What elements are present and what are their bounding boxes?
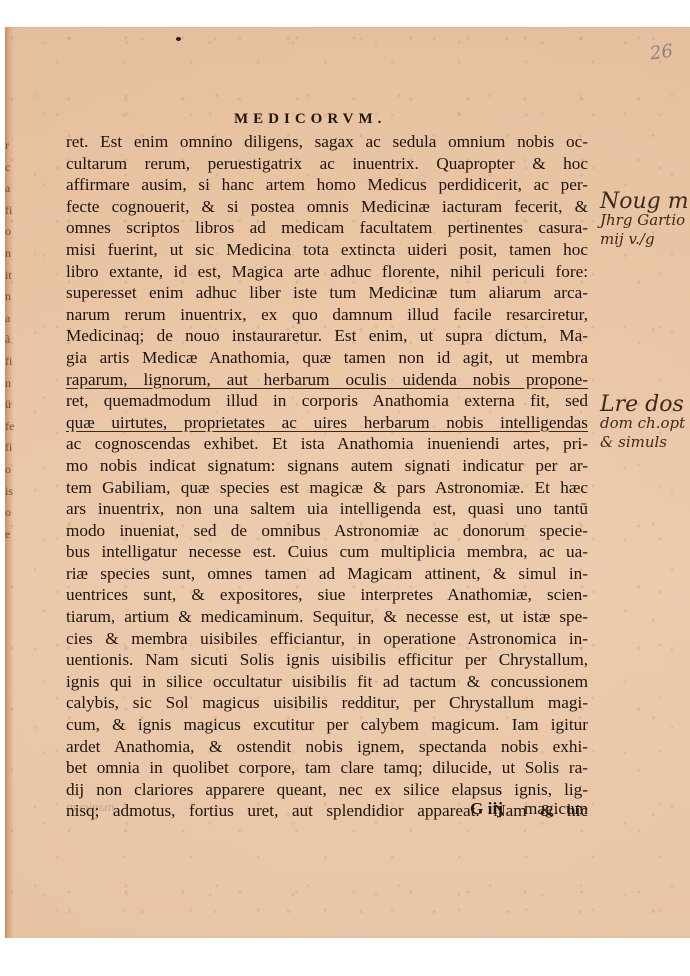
- body-text: ret. Est enim omnino diligens, sagax ac …: [66, 131, 588, 822]
- text-line: misi fuerint, ut sic Medicina tota extin…: [66, 239, 588, 261]
- text-line: ignis qui in silice occultatur uisibilis…: [66, 671, 588, 693]
- text-line: bet omnia in quolibet corpore, tam clare…: [66, 757, 588, 779]
- text-line-underlined: raparum, lignorum, aut herbarum oculis u…: [66, 369, 588, 391]
- catch-line: magicum G iij magicum: [66, 799, 588, 823]
- text-line: ret, quemadmodum illud in corporis Anath…: [66, 390, 588, 412]
- text-line: omnes scriptos libros ad medicam faculta…: [66, 217, 588, 239]
- signature-mark: G iij: [470, 799, 503, 819]
- text-line: ars inuentrix, non una saltem uia intell…: [66, 498, 588, 520]
- text-line: cies & membra uisibiles efficiantur, in …: [66, 628, 588, 650]
- text-line: ardet Anathomia, & ostendit nobis ignem,…: [66, 736, 588, 758]
- text-line: modo inueniat, sed de omnibus Astronomiæ…: [66, 520, 588, 542]
- text-line: tiarum, artium & medicaminum. Sequitur, …: [66, 606, 588, 628]
- folio-number: 26: [649, 41, 675, 65]
- text-line: tem Gabiliam, quæ species est magicæ & p…: [66, 477, 588, 499]
- text-line: calybis, sic Sol magicus uisibilis reddi…: [66, 692, 588, 714]
- text-line: ac cognoscendas exhibet. Et ista Anathom…: [66, 433, 588, 455]
- text-line: libro extante, id est, Magica arte adhuc…: [66, 261, 588, 283]
- text-line: uentrices sunt, & expositores, siue inte…: [66, 584, 588, 606]
- text-line: superesset enim adhuc liber iste tum Med…: [66, 282, 588, 304]
- text-line: ret. Est enim omnino diligens, sagax ac …: [66, 131, 588, 153]
- marginal-annotation-1: Noug m Jhrg Gartio mij v./g: [600, 192, 689, 249]
- text-line: bus intelligatur necesse est. Cuius cum …: [66, 541, 588, 563]
- marginal-annotation-2: Lre dos dom ch.opt & simuls: [600, 395, 685, 452]
- adjacent-page-edge: rc afi on itn aã fin üfe fio iso e: [5, 135, 15, 755]
- text-line: cultarum rerum, peruestigatrix ac inuent…: [66, 153, 588, 175]
- text-line: gia artis Medicæ Anathomia, quæ tamen no…: [66, 347, 588, 369]
- running-head: MEDICORVM.: [234, 111, 386, 128]
- text-line: fecte cognouerit, & si postea omnis Medi…: [66, 196, 588, 218]
- text-line: cum, & ignis magicus excutitur per calyb…: [66, 714, 588, 736]
- text-line: Medicinaq; de nouo instauraretur. Est en…: [66, 325, 588, 347]
- bleed-through-text: magicum: [66, 799, 114, 815]
- text-line: riæ species sunt, omnes tamen ad Magicam…: [66, 563, 588, 585]
- ink-spot: [176, 37, 181, 41]
- text-line: dij non clariores apparere queant, nec e…: [66, 779, 588, 801]
- text-line: narum rerum inuentrix, ex quo damnum ill…: [66, 304, 588, 326]
- text-line: uentionis. Nam sicuti Solis ignis uisibi…: [66, 649, 588, 671]
- text-line: mo nobis indicat signatum: signans autem…: [66, 455, 588, 477]
- catchword: magicum: [524, 799, 588, 819]
- text-line: affirmare ausim, si hanc artem homo Medi…: [66, 174, 588, 196]
- text-line-underlined: quæ uirtutes, proprietates ac uires herb…: [66, 412, 588, 434]
